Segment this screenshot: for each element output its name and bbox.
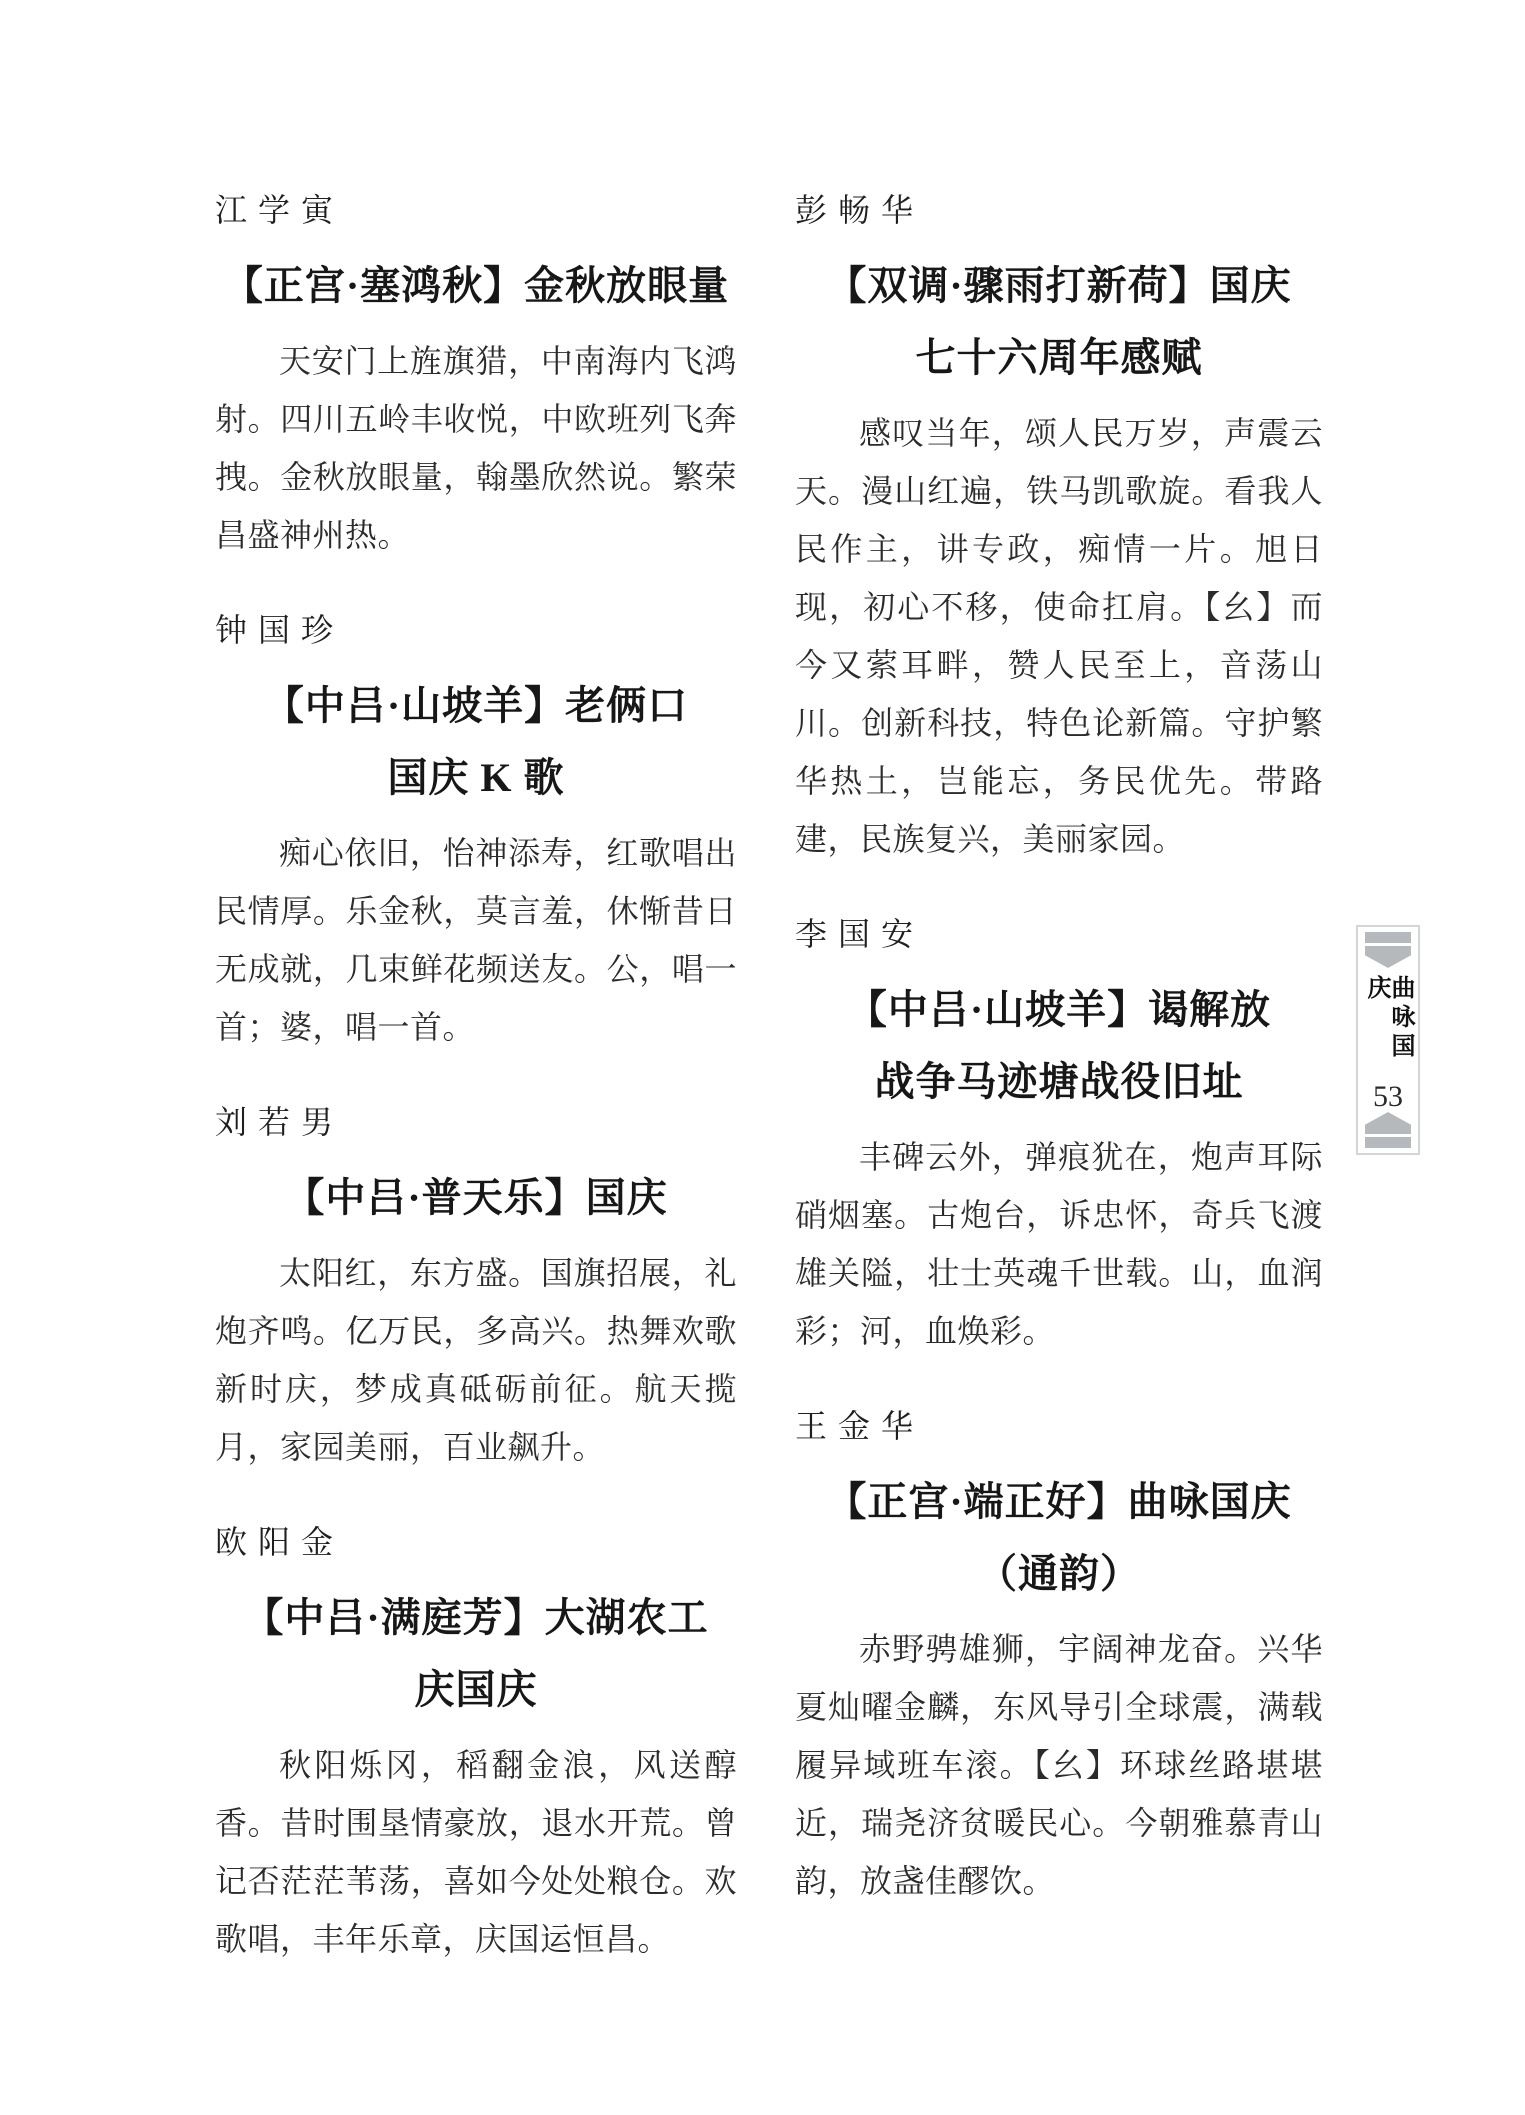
poem-block: 彭畅华 【双调·骤雨打新荷】国庆 七十六周年感赋 感叹当年，颂人民万岁，声震云天… <box>795 188 1323 868</box>
tab-section-label: 曲咏国庆 <box>1364 975 1412 1076</box>
poem-title: 【中吕·普天乐】国庆 <box>215 1162 737 1234</box>
poem-title-line: 【中吕·山坡羊】谒解放 <box>795 974 1323 1046</box>
poem-block: 李国安 【中吕·山坡羊】谒解放 战争马迹塘战役旧址 丰碑云外，弹痕犹在，炮声耳际… <box>795 912 1323 1360</box>
author-name: 彭畅华 <box>795 188 1323 232</box>
ribbon-chevron-bottom-icon <box>1365 1112 1411 1134</box>
poem-title-line: 【正宫·端正好】曲咏国庆 <box>795 1466 1323 1538</box>
poem-title-line: （通韵） <box>795 1538 1323 1610</box>
poem-block: 王金华 【正宫·端正好】曲咏国庆 （通韵） 赤野骋雄狮，宇阔神龙奋。兴华夏灿曜金… <box>795 1404 1323 1910</box>
author-name: 王金华 <box>795 1404 1323 1448</box>
poem-title-line: 国庆 K 歌 <box>215 742 737 814</box>
author-name: 钟国珍 <box>215 608 737 652</box>
poem-title-line: 庆国庆 <box>215 1654 737 1726</box>
author-name: 刘若男 <box>215 1100 737 1144</box>
poem-text: 太阳红，东方盛。国旗招展，礼炮齐鸣。亿万民，多高兴。热舞欢歌新时庆，梦成真砥砺前… <box>215 1244 737 1476</box>
section-tab: 曲咏国庆 53 <box>1356 925 1420 1155</box>
poem-title-line: 【中吕·山坡羊】老俩口 <box>215 670 737 742</box>
tab-page-number: 53 <box>1373 1082 1403 1112</box>
author-name: 江学寅 <box>215 188 737 232</box>
book-page: 江学寅 【正宫·塞鸿秋】金秋放眼量 天安门上旌旗猎，中南海内飞鸿射。四川五岭丰收… <box>0 0 1525 2115</box>
poem-text: 丰碑云外，弹痕犹在，炮声耳际硝烟塞。古炮台，诉忠怀，奇兵飞渡雄关隘，壮士英魂千世… <box>795 1128 1323 1360</box>
poem-title: 【中吕·满庭芳】大湖农工 庆国庆 <box>215 1582 737 1726</box>
author-name: 欧阳金 <box>215 1520 737 1564</box>
poem-title-line: 七十六周年感赋 <box>795 322 1323 394</box>
poem-text: 痴心依旧，怡神添寿，红歌唱出民情厚。乐金秋，莫言羞，休惭昔日无成就，几束鲜花频送… <box>215 824 737 1056</box>
poem-title: 【中吕·山坡羊】谒解放 战争马迹塘战役旧址 <box>795 974 1323 1118</box>
poem-text: 感叹当年，颂人民万岁，声震云天。漫山红遍，铁马凯歌旋。看我人民作主，讲专政，痴情… <box>795 404 1323 868</box>
poem-title-line: 【双调·骤雨打新荷】国庆 <box>795 250 1323 322</box>
left-column: 江学寅 【正宫·塞鸿秋】金秋放眼量 天安门上旌旗猎，中南海内飞鸿射。四川五岭丰收… <box>215 188 737 1968</box>
poem-block: 欧阳金 【中吕·满庭芳】大湖农工 庆国庆 秋阳烁冈，稻翻金浪，风送醇香。昔时围垦… <box>215 1520 737 1968</box>
ribbon-bar-top <box>1365 932 1411 943</box>
right-column: 彭畅华 【双调·骤雨打新荷】国庆 七十六周年感赋 感叹当年，颂人民万岁，声震云天… <box>795 188 1323 1910</box>
poem-title-line: 【中吕·满庭芳】大湖农工 <box>215 1582 737 1654</box>
ribbon-chevron-top-icon <box>1365 946 1411 968</box>
poem-title-line: 战争马迹塘战役旧址 <box>795 1046 1323 1118</box>
poem-title-line: 【中吕·普天乐】国庆 <box>215 1162 737 1234</box>
poem-title: 【中吕·山坡羊】老俩口 国庆 K 歌 <box>215 670 737 814</box>
poem-block: 钟国珍 【中吕·山坡羊】老俩口 国庆 K 歌 痴心依旧，怡神添寿，红歌唱出民情厚… <box>215 608 737 1056</box>
poem-text: 秋阳烁冈，稻翻金浪，风送醇香。昔时围垦情豪放，退水开荒。曾记否茫茫苇荡，喜如今处… <box>215 1736 737 1968</box>
poem-text: 赤野骋雄狮，宇阔神龙奋。兴华夏灿曜金麟，东风导引全球震，满载履异域班车滚。【幺】… <box>795 1620 1323 1910</box>
poem-title: 【正宫·端正好】曲咏国庆 （通韵） <box>795 1466 1323 1610</box>
poem-title-line: 【正宫·塞鸿秋】金秋放眼量 <box>215 250 737 322</box>
poem-block: 江学寅 【正宫·塞鸿秋】金秋放眼量 天安门上旌旗猎，中南海内飞鸿射。四川五岭丰收… <box>215 188 737 564</box>
poem-text: 天安门上旌旗猎，中南海内飞鸿射。四川五岭丰收悦，中欧班列飞奔拽。金秋放眼量，翰墨… <box>215 332 737 564</box>
poem-title: 【双调·骤雨打新荷】国庆 七十六周年感赋 <box>795 250 1323 394</box>
author-name: 李国安 <box>795 912 1323 956</box>
poem-title: 【正宫·塞鸿秋】金秋放眼量 <box>215 250 737 322</box>
poem-block: 刘若男 【中吕·普天乐】国庆 太阳红，东方盛。国旗招展，礼炮齐鸣。亿万民，多高兴… <box>215 1100 737 1476</box>
ribbon-bar-bottom <box>1365 1137 1411 1148</box>
